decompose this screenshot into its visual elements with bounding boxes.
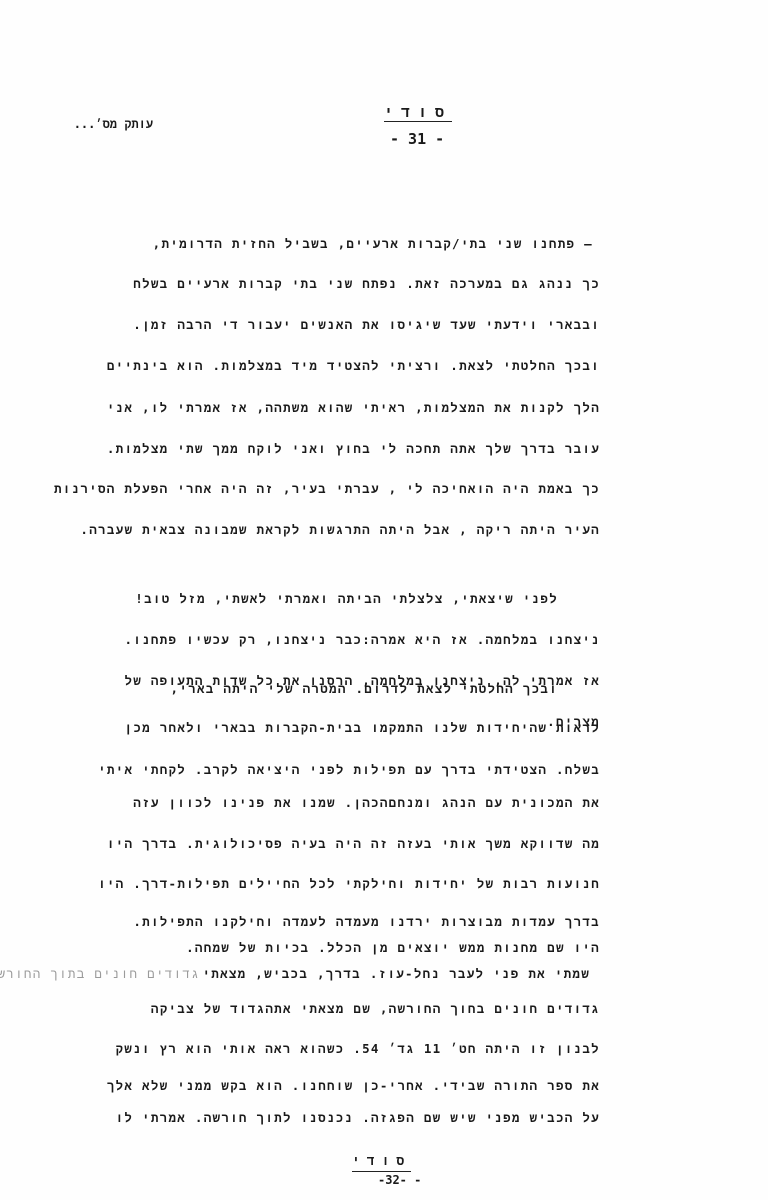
copy-number-note: עותק מס׳...: [74, 117, 153, 132]
page-number: - 31 -: [390, 130, 444, 148]
text-line: כך ננהג גם במערכה זאת. נפתח שני בתי קברו…: [133, 276, 600, 292]
text-line: חנועות רבות של יחידות וחילקתי לכל החיילי…: [98, 876, 600, 892]
text-line: היו שם מחנות ממש יוצאים מן הכלל. בכיות ש…: [186, 940, 600, 956]
text-line: ובבארי וידעתי שעד שיגיסו את האנשים יעבור…: [133, 317, 600, 333]
text-line: לראות שהיחידות שלנו התמקמו בבית-הקברות ב…: [125, 720, 600, 736]
text-line: ניצחנו במלחמה. אז היא אמרה:כבר ניצחנו, ר…: [124, 632, 600, 648]
text-line: הלך לקנות את המצלמות, ראיתי שהוא משתהה, …: [107, 400, 600, 416]
text-line: לפני שיצאתי, צלצלתי הביתה ואמרתי לאשתי, …: [135, 591, 558, 607]
classification-footer: סודי: [352, 1154, 411, 1172]
text-line: בדרך עמדות מבוצרות ירדנו מעמדה לעמדה וחי…: [133, 914, 600, 930]
text-line: בשלח. הצטידתי בדרך עם תפילות לפני היציאה…: [98, 762, 600, 778]
text-line: את המכונית עם הנהג ומנחםהכהן. שמנו את פנ…: [133, 795, 600, 811]
text-line: גדודים חונים בחוך החורשה, שם מצאתי אתהגד…: [151, 1001, 600, 1017]
text-line: מה שדווקא משך אותי בעזה זה היה בעיה פסיכ…: [107, 836, 600, 852]
text-line: שמתי את פני לעבר נחל-עוז. בדרך, בכביש, מ…: [202, 966, 590, 982]
classification-header: סודי: [384, 104, 452, 122]
text-line: על הכביש מפני שיש שם הפגזה. נכנסנו לתוך …: [116, 1110, 600, 1126]
text-line: – פתחנו שני בתי/קברות ארעיים, בשביל החזי…: [153, 236, 593, 252]
next-page-number: -32- -: [378, 1173, 421, 1187]
text-line: ובכך החלטתי לצאת. ורציתי להצטיד מיד במצל…: [107, 358, 600, 374]
text-line: עובר בדרך שלך אתה תחכה לי בחוץ ואני לוקח…: [107, 441, 600, 457]
text-line: ובכך החלטתי לצאת לדרום. המטרה שלי היתה ב…: [171, 681, 558, 697]
text-line: את ספר התורה שבידי. אחרי-כן שוחחנו. הוא …: [107, 1078, 600, 1094]
faded-overlay-text: גדודים חונים בתוך החורשה: [0, 966, 200, 982]
text-line: לבנון זו היתה חט׳ 11 גד׳ 54. כשהוא ראה א…: [115, 1041, 600, 1057]
text-line: העיר היתה ריקה , אבל היתה התרגשות לקראת …: [80, 522, 600, 538]
document-page: עותק מס׳... סודי - 31 - – פתחנו שני בתי/…: [0, 0, 768, 1200]
text-line: כך באמת היה הואחיכה לי , עברתי בעיר, זה …: [54, 481, 600, 497]
